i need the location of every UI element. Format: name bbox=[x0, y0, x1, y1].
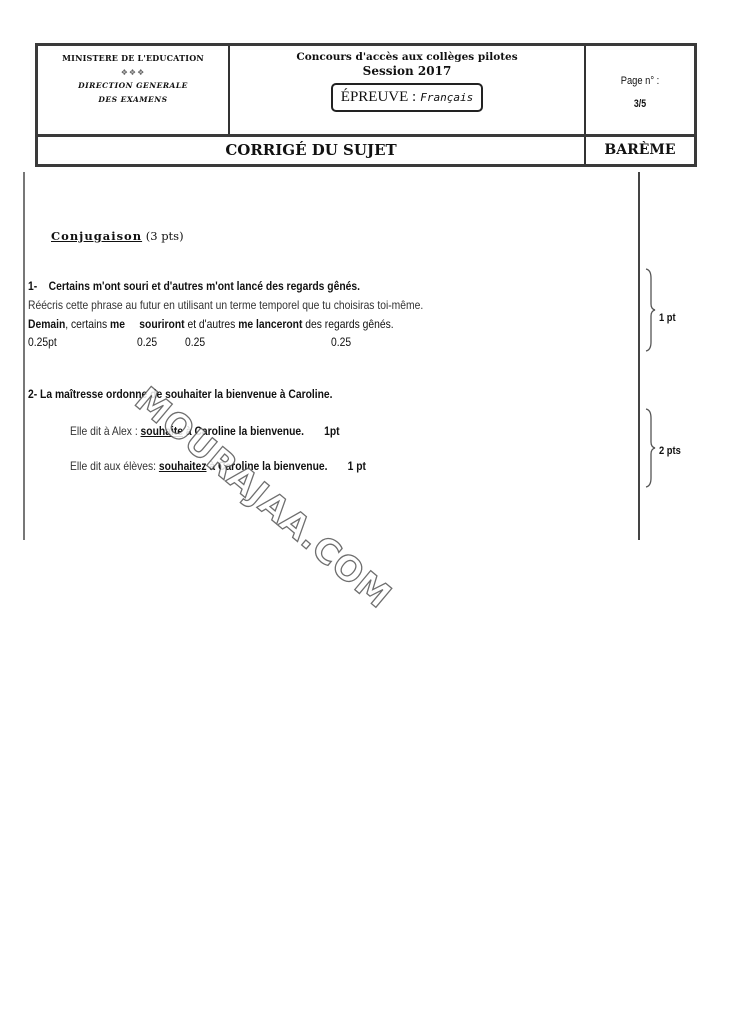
answer-1-verb: souhaite bbox=[141, 424, 183, 438]
ornament-icon: ❖❖❖ bbox=[38, 68, 228, 77]
answer-text: , certains bbox=[65, 317, 110, 331]
page-number-label: Page n° : bbox=[594, 74, 686, 88]
answer-1-score: 1pt bbox=[324, 424, 339, 438]
question-2-answer-2: Elle dit aux élèves: souhaitez à Carolin… bbox=[70, 459, 366, 473]
ministry-cell: MINISTERE DE L'EDUCATION ❖❖❖ DIRECTION G… bbox=[38, 46, 230, 134]
answer-1-rest: à Caroline la bienvenue. bbox=[183, 424, 304, 438]
corrige-cell: CORRIGÉ DU SUJET bbox=[38, 137, 586, 164]
direction-line-2: DES EXAMENS bbox=[38, 93, 228, 107]
answer-2-rest: à Caroline la bienvenue. bbox=[207, 459, 328, 473]
question-1-answer: Demain, certains me souriront et d'autre… bbox=[28, 317, 394, 331]
answer-text-3: des regards gênés. bbox=[302, 317, 393, 331]
concours-cell: Concours d'accès aux collèges pilotes Se… bbox=[230, 46, 586, 134]
score-2: 0.25 bbox=[137, 335, 157, 349]
epreuve-label: ÉPREUVE : bbox=[341, 89, 416, 105]
bareme-column-line bbox=[638, 172, 640, 540]
bareme-q1: 1 pt bbox=[659, 312, 676, 324]
epreuve-box: ÉPREUVE : Français bbox=[331, 83, 483, 112]
answer-2-prefix: Elle dit aux élèves: bbox=[70, 459, 159, 473]
page-number-value: 3/5 bbox=[597, 98, 683, 110]
score-3: 0.25 bbox=[185, 335, 205, 349]
session-label: Session 2017 bbox=[230, 64, 584, 79]
question-2-number: 2- bbox=[28, 387, 37, 401]
question-1-prompt-line: 1- Certains m'ont souri et d'autres m'on… bbox=[28, 279, 360, 293]
direction-line-1: DIRECTION GENERALE bbox=[38, 79, 228, 93]
answer-word-souriront: souriront bbox=[139, 317, 184, 331]
ministry-title: MINISTERE DE L'EDUCATION bbox=[38, 53, 228, 63]
question-2-prompt: La maîtresse ordonne de souhaiter la bie… bbox=[40, 387, 332, 401]
brace-icon-q2 bbox=[644, 408, 658, 488]
question-2-prompt-line: 2- La maîtresse ordonne de souhaiter la … bbox=[28, 387, 333, 401]
epreuve-value: Français bbox=[420, 91, 473, 104]
corrige-title: CORRIGÉ DU SUJET bbox=[225, 141, 396, 159]
score-4: 0.25 bbox=[331, 335, 351, 349]
question-1-prompt: Certains m'ont souri et d'autres m'ont l… bbox=[49, 279, 360, 293]
section-heading: Conjugaison (3 pts) bbox=[51, 229, 184, 243]
answer-1-prefix: Elle dit à Alex : bbox=[70, 424, 141, 438]
answer-2-score: 1 pt bbox=[348, 459, 366, 473]
page-number-cell: Page n° : 3/5 bbox=[586, 46, 694, 134]
exam-header-table: MINISTERE DE L'EDUCATION ❖❖❖ DIRECTION G… bbox=[35, 43, 697, 167]
bareme-title: BARÈME bbox=[604, 142, 675, 158]
bareme-q2: 2 pts bbox=[659, 445, 681, 457]
answer-2-verb: souhaitez bbox=[159, 459, 207, 473]
left-margin-line bbox=[23, 172, 25, 540]
answer-word-demain: Demain bbox=[28, 317, 65, 331]
question-2-answer-1: Elle dit à Alex : souhaite à Caroline la… bbox=[70, 424, 340, 438]
answer-word-me: me bbox=[110, 317, 125, 331]
section-name: Conjugaison bbox=[51, 229, 142, 243]
bareme-cell: BARÈME bbox=[586, 137, 694, 164]
concours-title: Concours d'accès aux collèges pilotes bbox=[230, 50, 584, 64]
answer-word-me-lanceront: me lanceront bbox=[238, 317, 302, 331]
question-1-instruction: Réécris cette phrase au futur en utilisa… bbox=[28, 298, 423, 312]
answer-text-2: et d'autres bbox=[185, 317, 239, 331]
question-1-number: 1- bbox=[28, 279, 37, 293]
section-points: (3 pts) bbox=[146, 229, 184, 243]
watermark: MOURAJAA.COM bbox=[127, 380, 399, 617]
score-1: 0.25pt bbox=[28, 335, 57, 349]
brace-icon-q1 bbox=[644, 268, 658, 352]
